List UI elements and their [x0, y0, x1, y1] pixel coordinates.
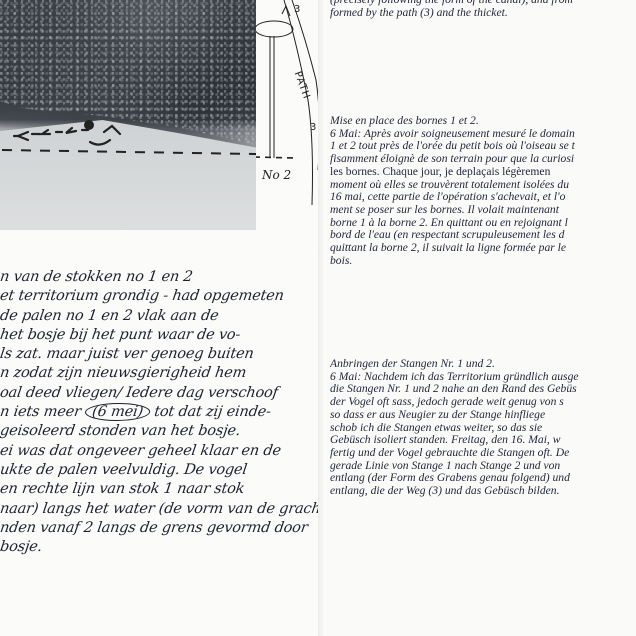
pole-sketch: 3 PATH 3 No 2 — [256, 0, 320, 210]
hw-line-14: nden vanaf 2 langs de grens gevormd door — [0, 519, 330, 538]
hw-line-15: bosje. — [0, 538, 330, 557]
fr-line-10: quittant la borne 2, il suivait la ligne… — [330, 242, 636, 255]
hw-line-3: de palen no 1 en 2 vlak aan de — [0, 307, 330, 326]
thicket-photograph — [0, 0, 256, 230]
hw-line-6: n zodat zijn nieuwsgierigheid hem — [0, 364, 330, 383]
path-marker-3-top: 3 — [294, 4, 300, 15]
fr-line-11: bois. — [330, 255, 636, 268]
de-line-10: entlang, die der Weg (3) und das Gebüsch… — [330, 485, 636, 498]
fr-line-3: fisamment éloignè de son terrain pour qu… — [330, 153, 636, 166]
right-page: (precisely following the form of the can… — [326, 0, 636, 636]
fr-title: Mise en place des bornes 1 et 2. — [330, 115, 636, 128]
bird-marker — [84, 120, 94, 130]
de-line-7: fertig und der Vogel gebrauchte die Stan… — [330, 447, 636, 460]
de-line-3: der Vogel oft sass, jedoch gerade weit g… — [330, 396, 636, 409]
french-text: Mise en place des bornes 1 et 2. 6 Mai: … — [330, 115, 636, 267]
hw-line-13: naar) langs het water (de vorm van de gr… — [0, 500, 330, 519]
hw-line-8-end: tot dat zij einde- — [153, 404, 272, 420]
pole-number-label: No 2 — [262, 168, 291, 182]
hw-line-11: ukte de palen veelvuldig. De vogel — [0, 461, 330, 480]
fr-line-4: les bornes. Chaque jour, je deplaçais lé… — [330, 166, 636, 179]
left-page: 3 PATH 3 No 2 n van de stokken no 1 en 2… — [0, 0, 320, 636]
hw-line-9: geisoleerd stonden van het bosje. — [0, 422, 330, 441]
book-spread: 3 PATH 3 No 2 n van de stokken no 1 en 2… — [0, 0, 636, 636]
hw-line-5: ls zat. maar juist ver genoeg buiten — [0, 345, 330, 364]
de-title: Anbringen der Stangen Nr. 1 und 2. — [330, 358, 636, 371]
hw-line-4: het bosje bij het punt waar de vo- — [0, 326, 330, 345]
hw-line-12: en rechte lijn van stok 1 naar stok — [0, 480, 330, 499]
flight-path-annotation — [0, 0, 256, 230]
hw-line-1: n van de stokken no 1 en 2 — [0, 268, 330, 287]
german-text: Anbringen der Stangen Nr. 1 und 2. 6 Mai… — [330, 358, 636, 498]
hw-line-8: n iets meer (6 mei) tot dat zij einde- — [0, 403, 330, 422]
en-line-2: formed by the path (3) and the thicket. — [330, 7, 636, 20]
hw-line-7: oal deed vliegen/ Iedere dag verschoof — [0, 384, 330, 403]
hw-line-8-start: n iets meer — [0, 404, 82, 420]
circled-date: (6 mei) — [84, 403, 151, 421]
hw-line-10: ei was dat ongeveer geheel klaar en de — [0, 442, 330, 461]
fr-line-7: ment se poser sur les bornes. Il volait … — [330, 204, 636, 217]
path-marker-3-mid: 3 — [310, 122, 316, 133]
hw-line-2: et territorium grondig - had opgemeten — [0, 287, 330, 306]
english-text: (precisely following the form of the can… — [330, 0, 636, 19]
de-line-4: so dass er aus Neugier zu der Stange hin… — [330, 409, 636, 422]
handwritten-dutch-notes: n van de stokken no 1 en 2 et territoriu… — [0, 268, 330, 557]
